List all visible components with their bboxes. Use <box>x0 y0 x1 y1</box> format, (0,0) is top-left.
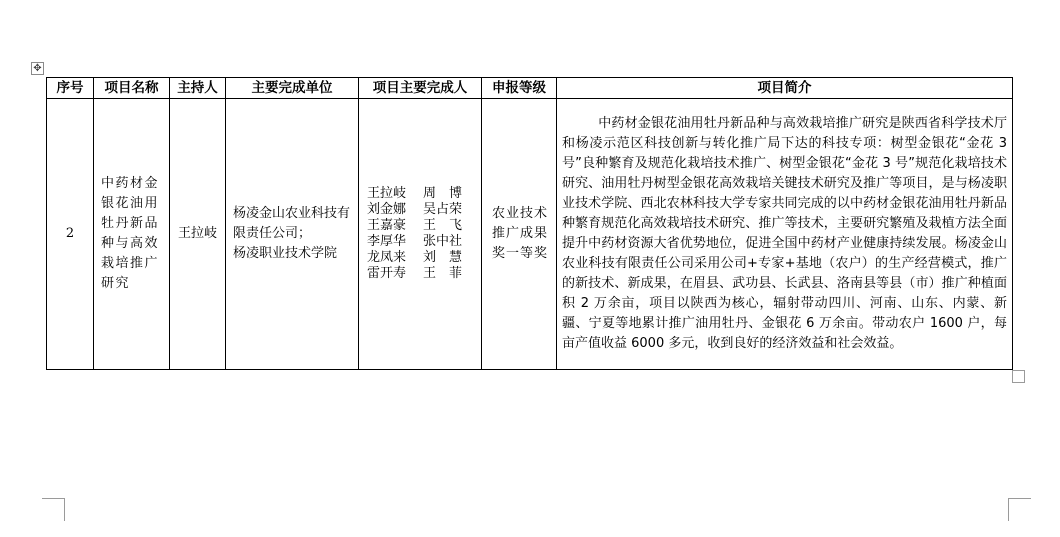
people-row: 李厚华 张中社 <box>367 234 475 250</box>
table-move-handle-icon[interactable]: ✥ <box>31 62 44 75</box>
description-text: 中药材金银花油用牡丹新品种与高效栽培推广研究是陕西省科学技术厅和杨凌示范区科技创… <box>562 116 1007 351</box>
cell-level[interactable]: 农业技术推广成果奖一等奖 <box>482 99 557 370</box>
person-name: 龙凤来 <box>367 250 423 266</box>
people-row: 龙凤来 刘 慧 <box>367 250 475 266</box>
person-name: 吴占荣 <box>423 202 473 218</box>
person-name: 王 菲 <box>423 266 473 282</box>
people-row: 雷开寿 王 菲 <box>367 266 475 282</box>
person-name: 张中社 <box>423 234 473 250</box>
person-name: 李厚华 <box>367 234 423 250</box>
table-row: 2 中药材金银花油用牡丹新品种与高效栽培推广研究 王拉岐 杨凌金山农业科技有限责… <box>47 99 1013 370</box>
margin-corner-mark-bottom-left <box>42 498 65 521</box>
header-row: 序号 项目名称 主持人 主要完成单位 项目主要完成人 申报等级 项目简介 <box>47 78 1013 99</box>
unit-line: 杨凌金山农业科技有限责任公司； <box>233 204 353 244</box>
header-description: 项目简介 <box>557 78 1013 99</box>
people-row: 刘金娜 吴占荣 <box>367 202 475 218</box>
person-name: 刘 慧 <box>423 250 473 266</box>
cell-no[interactable]: 2 <box>47 99 94 370</box>
unit-line: 杨凌职业技术学院 <box>233 244 353 264</box>
person-name: 刘金娜 <box>367 202 423 218</box>
cell-host[interactable]: 王拉岐 <box>170 99 226 370</box>
cell-units[interactable]: 杨凌金山农业科技有限责任公司； 杨凌职业技术学院 <box>226 99 359 370</box>
person-name: 雷开寿 <box>367 266 423 282</box>
people-row: 王嘉豪 王 飞 <box>367 218 475 234</box>
header-units: 主要完成单位 <box>226 78 359 99</box>
cell-description[interactable]: 中药材金银花油用牡丹新品种与高效栽培推广研究是陕西省科学技术厅和杨凌示范区科技创… <box>557 99 1013 370</box>
cell-people[interactable]: 王拉岐 周 博 刘金娜 吴占荣 王嘉豪 王 飞 李厚华 张中社 龙凤来 刘 <box>359 99 482 370</box>
header-project-name: 项目名称 <box>94 78 170 99</box>
header-host: 主持人 <box>170 78 226 99</box>
header-people: 项目主要完成人 <box>359 78 482 99</box>
people-row: 王拉岐 周 博 <box>367 186 475 202</box>
header-no: 序号 <box>47 78 94 99</box>
project-table: 序号 项目名称 主持人 主要完成单位 项目主要完成人 申报等级 项目简介 2 中… <box>46 77 1013 370</box>
table-resize-handle[interactable] <box>1012 370 1025 383</box>
header-level: 申报等级 <box>482 78 557 99</box>
person-name: 王嘉豪 <box>367 218 423 234</box>
person-name: 王拉岐 <box>367 186 423 202</box>
person-name: 王 飞 <box>423 218 473 234</box>
cell-project-name[interactable]: 中药材金银花油用牡丹新品种与高效栽培推广研究 <box>94 99 170 370</box>
margin-corner-mark-bottom-right <box>1008 498 1031 521</box>
person-name: 周 博 <box>423 186 473 202</box>
